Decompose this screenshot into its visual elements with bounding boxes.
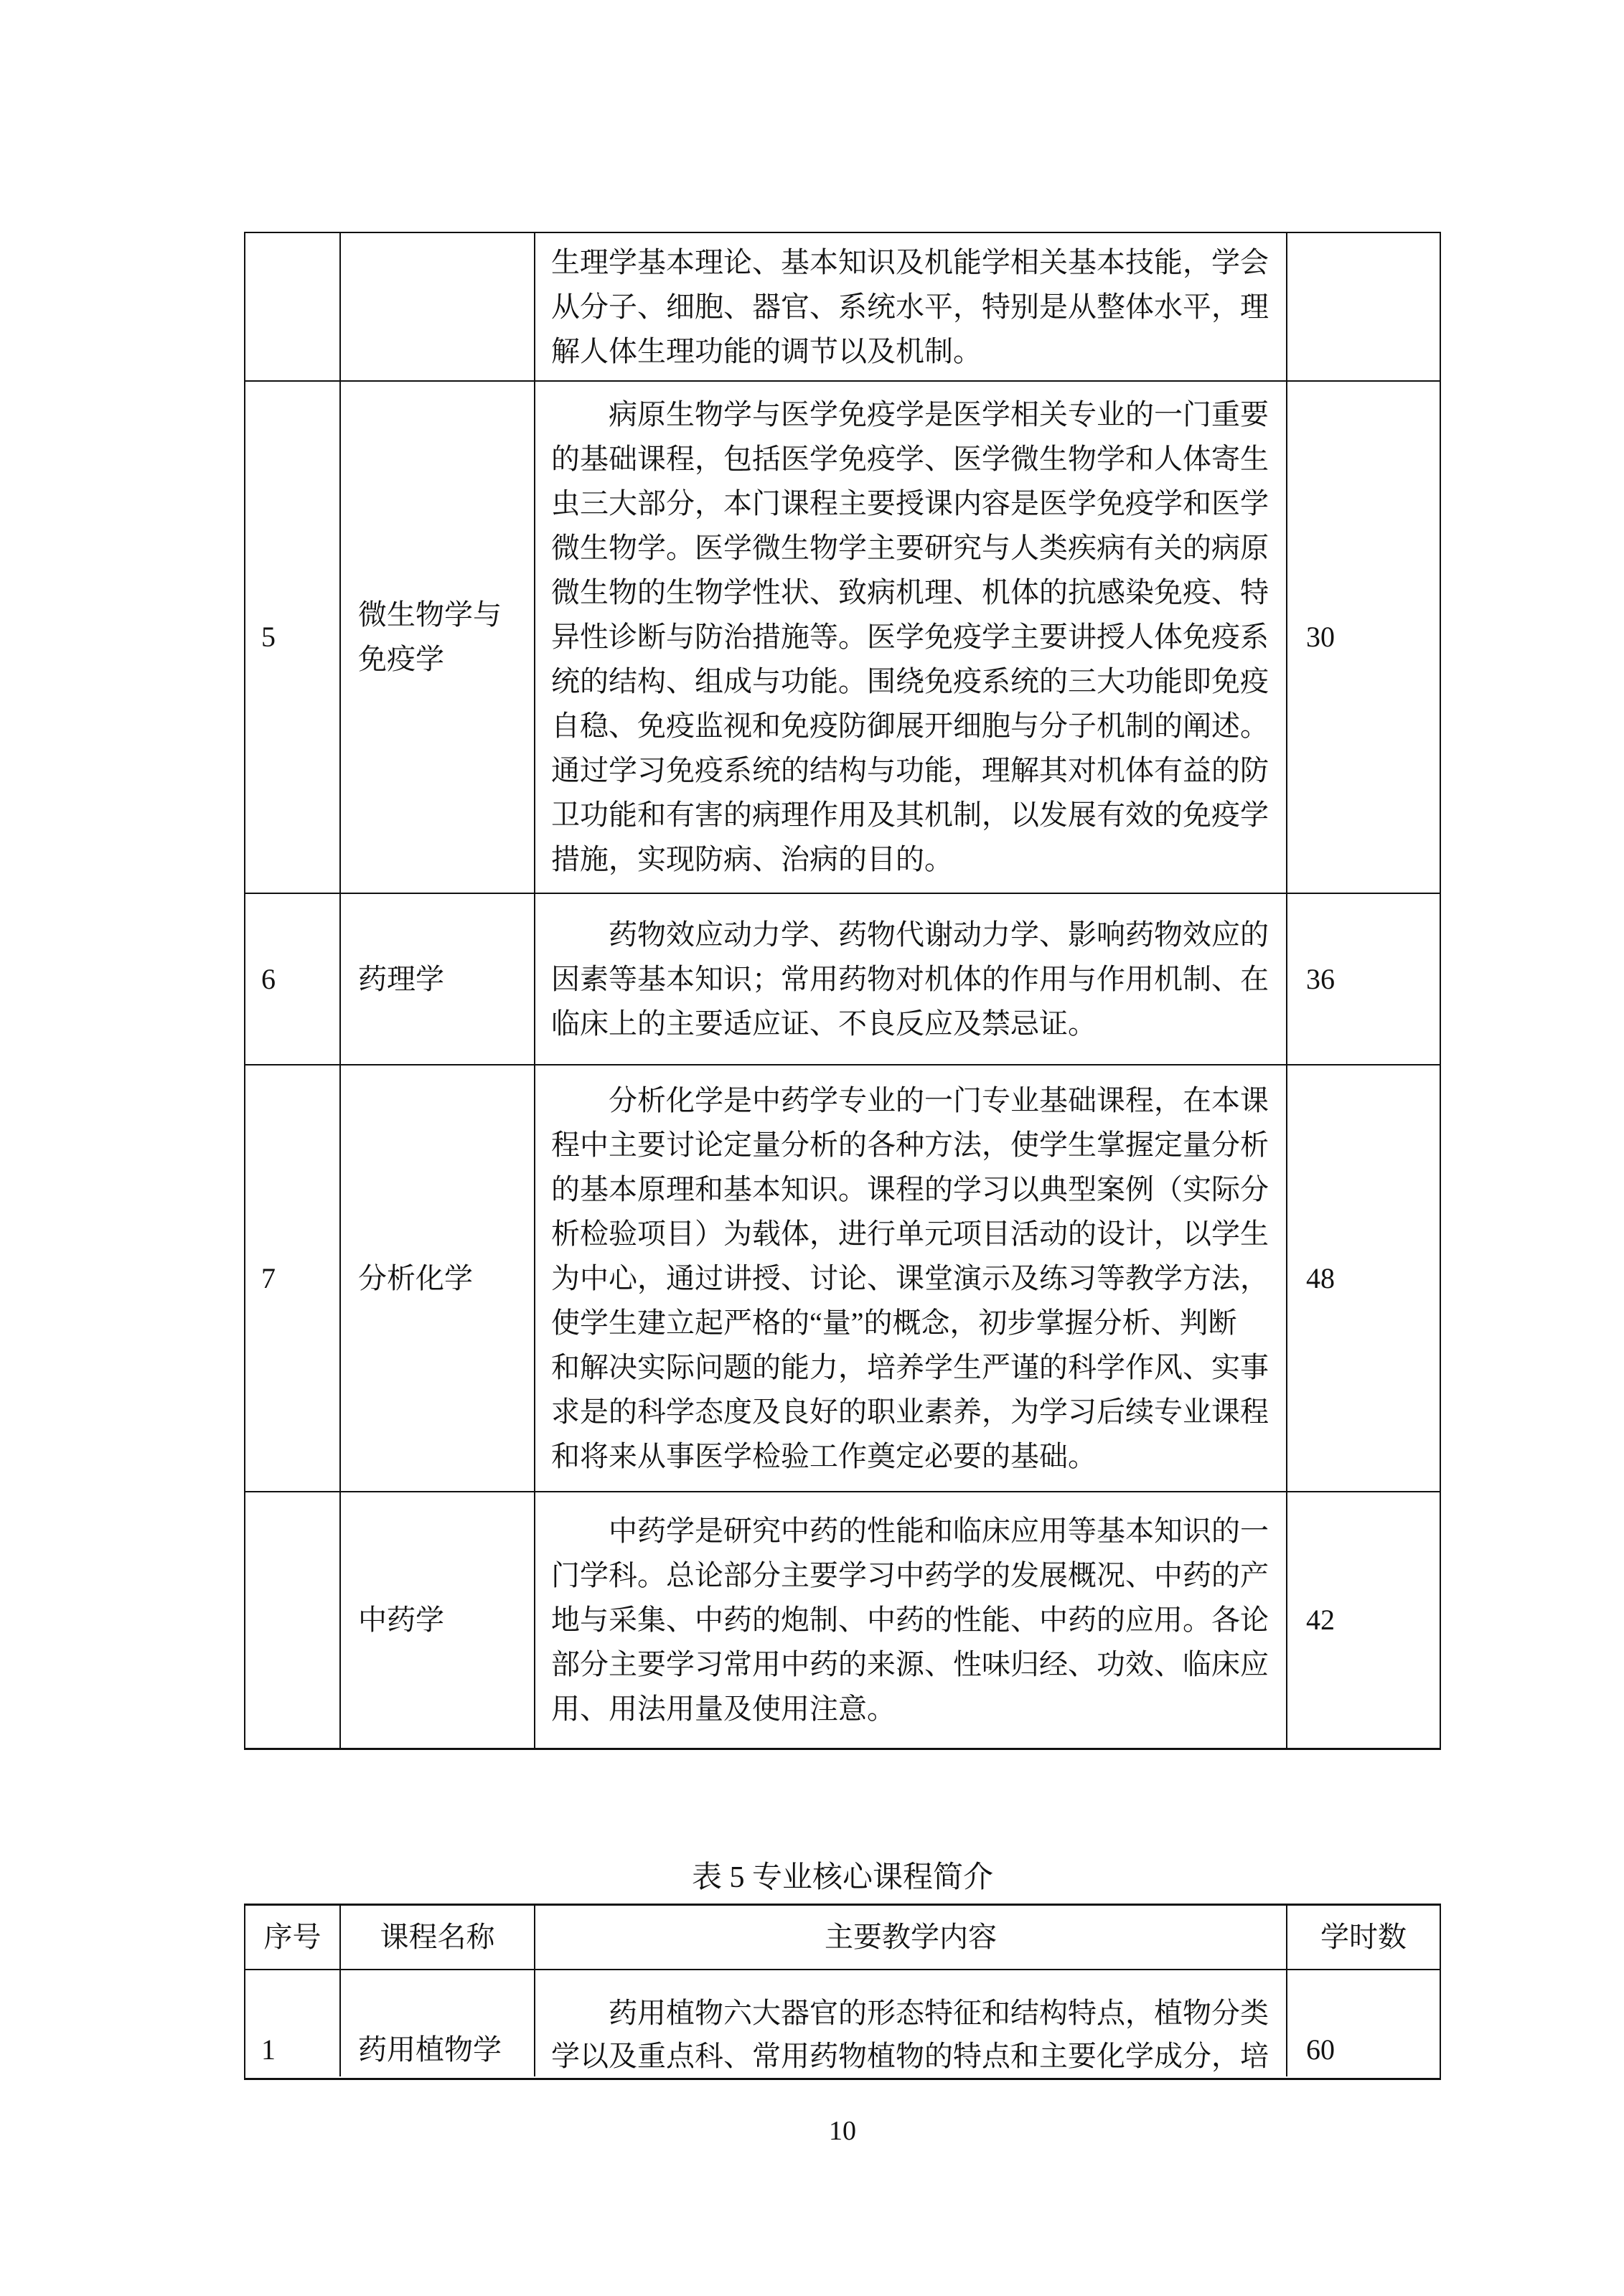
- course-name-cell: 药用植物学: [341, 1970, 535, 2076]
- course-content-cell: 药用植物六大器官的形态特征和结构特点，植物分类 学以及重点科、常用药物植物的特点…: [535, 1970, 1287, 2076]
- course-content-cell: 生理学基本理论、基本知识及机能学相关基本技能，学会 从分子、细胞、器官、系统水平…: [535, 233, 1287, 382]
- course-content-cell: 中药学是研究中药的性能和临床应用等基本知识的一 门学科。总论部分主要学习中药学的…: [535, 1492, 1287, 1748]
- serial-cell: 5: [245, 382, 341, 894]
- hours-cell: 48: [1287, 1065, 1440, 1492]
- hours-cell: 42: [1287, 1492, 1440, 1748]
- course-name-cell: 中药学: [341, 1492, 535, 1748]
- course-name-cell: 微生物学与 免疫学: [341, 382, 535, 894]
- course-content-cell: 分析化学是中药学专业的一门专业基础课程，在本课 程中主要讨论定量分析的各种方法，…: [535, 1065, 1287, 1492]
- course-table-continued: 生理学基本理论、基本知识及机能学相关基本技能，学会 从分子、细胞、器官、系统水平…: [244, 232, 1441, 1750]
- hours-cell: 60: [1287, 1970, 1440, 2076]
- hours-cell: [1287, 233, 1440, 382]
- hours-cell: 30: [1287, 382, 1440, 894]
- course-name-cell: [341, 233, 535, 382]
- serial-cell: [245, 233, 341, 382]
- serial-cell: 6: [245, 894, 341, 1065]
- header-content: 主要教学内容: [535, 1906, 1287, 1970]
- course-content-cell: 病原生物学与医学免疫学是医学相关专业的一门重要 的基础课程，包括医学免疫学、医学…: [535, 382, 1287, 894]
- serial-cell: 1: [245, 1970, 341, 2076]
- serial-cell: [245, 1492, 341, 1748]
- course-name-cell: 药理学: [341, 894, 535, 1065]
- header-serial: 序号: [245, 1906, 341, 1970]
- document-page: 生理学基本理论、基本知识及机能学相关基本技能，学会 从分子、细胞、器官、系统水平…: [0, 0, 1624, 2296]
- header-course-name: 课程名称: [341, 1906, 535, 1970]
- course-content-cell: 药物效应动力学、药物代谢动力学、影响药物效应的 因素等基本知识；常用药物对机体的…: [535, 894, 1287, 1065]
- serial-cell: 7: [245, 1065, 341, 1492]
- table5-title: 表 5 专业核心课程简介: [244, 1861, 1441, 1894]
- course-name-cell: 分析化学: [341, 1065, 535, 1492]
- page-number: 10: [244, 2115, 1441, 2147]
- core-course-table: 序号 课程名称 主要教学内容 学时数 1 药用植物学 药用植物六大器官的形态特征…: [244, 1904, 1441, 2080]
- header-hours: 学时数: [1287, 1906, 1440, 1970]
- hours-cell: 36: [1287, 894, 1440, 1065]
